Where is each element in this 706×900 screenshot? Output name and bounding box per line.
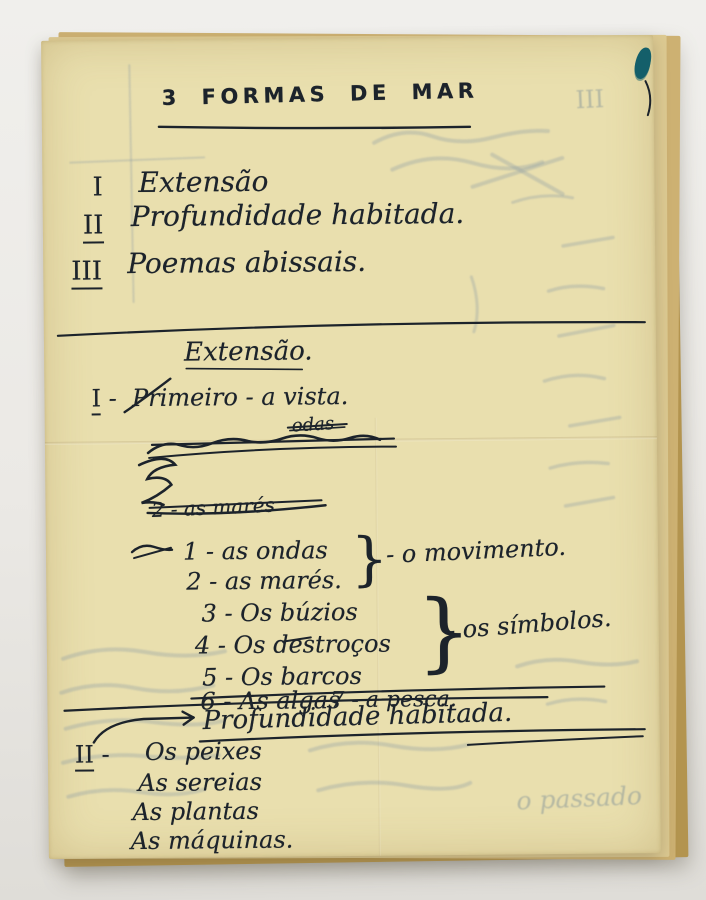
list-item: 4 - Os destroços (195, 630, 391, 660)
separator-dash: - (101, 740, 109, 768)
crossed-out-marker (132, 545, 172, 552)
profundidade-numeral-text: II (75, 740, 94, 771)
brace-movimento: } (351, 530, 388, 588)
index-numeral-2-text: II (83, 210, 104, 243)
index-numeral-3: III (71, 256, 102, 286)
ink-marks-layer (41, 35, 661, 859)
extensao-line-1: I - Primeiro - a vista. (91, 382, 348, 412)
index-numeral-2: II (83, 210, 104, 240)
ink-blot-tail (646, 81, 651, 115)
spacer (117, 384, 133, 412)
section-heading-extensao: Extensão. (184, 336, 313, 367)
list-item: As máquinas. (131, 826, 294, 856)
list-item: As plantas (132, 797, 259, 826)
profundidade-underline-2 (468, 736, 643, 745)
index-label-3: Poemas abissais. (127, 245, 366, 280)
list-item: 1 - as ondas (183, 536, 328, 565)
crossed-out-scribble (149, 446, 396, 457)
ghost-writing-layer (41, 35, 661, 859)
arrow-head (184, 718, 194, 725)
title-underline (159, 124, 470, 130)
profundidade-numeral: II - (75, 740, 110, 768)
crossed-out-inserted-word: odas (291, 413, 335, 437)
list-item: As sereias (138, 768, 262, 797)
crossed-out-marker (134, 548, 171, 558)
index-label-2: Profundidade habitada. (131, 197, 465, 233)
index-numeral-3-text: III (71, 256, 102, 289)
manuscript-page: III o passado 3 FORMAS DE MAR I Extensão… (41, 35, 661, 859)
brace-label-movimento: - o movimento. (385, 533, 566, 569)
arrow-head (183, 712, 194, 718)
index-label-1: Extensão (138, 165, 268, 199)
ghost-page-number: III (575, 85, 605, 114)
crossed-out-scribble (148, 435, 380, 453)
list-item: Os peixes (145, 737, 262, 766)
index-numeral-1: I (92, 172, 103, 202)
ink-blot (633, 46, 653, 80)
ghost-text-fragment: o passado (516, 781, 643, 816)
fold-crease-horizontal (45, 436, 657, 445)
list-item: 3 - Os búzios (201, 598, 357, 627)
document-title: 3 FORMAS DE MAR (161, 79, 478, 110)
section-divider-rule (58, 321, 645, 336)
extensao-heading-underline (186, 367, 302, 370)
photo-background: III o passado 3 FORMAS DE MAR I Extensão… (0, 0, 706, 900)
list-item: 2 - as marés. (186, 566, 342, 595)
extensao-line-1-text: Primeiro - a vista. (132, 382, 349, 412)
crossed-out-line: 2 - as marés (151, 493, 275, 522)
